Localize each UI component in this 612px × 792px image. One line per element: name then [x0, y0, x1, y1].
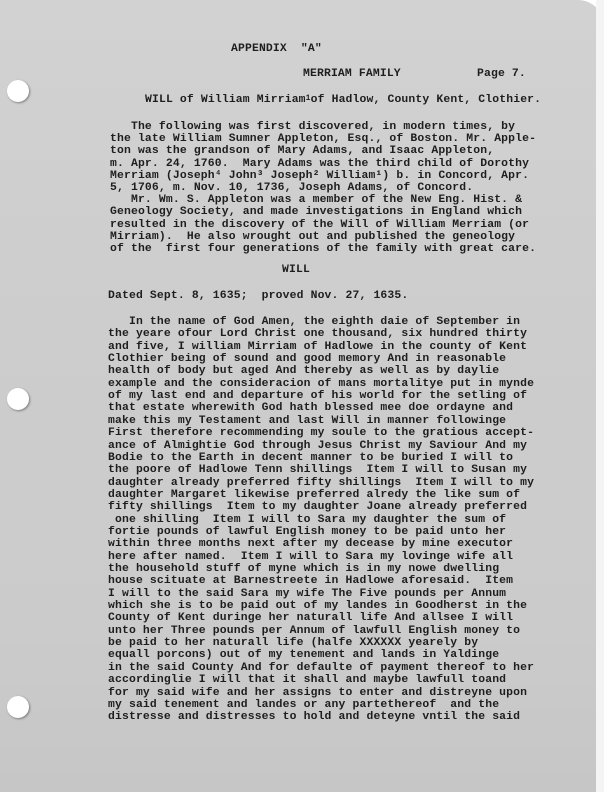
text-line: here after named. Item I will to Sara my…	[108, 551, 513, 563]
text-line: for my said wife and her assigns to ente…	[108, 687, 527, 699]
text-line: of the first four generations of the fam…	[110, 243, 536, 255]
typewritten-text: APPENDIX "A" MERRIAM FAMILY Page 7. WILL…	[0, 0, 28, 192]
binder-hole-middle	[7, 388, 29, 410]
will-heading: WILL	[282, 264, 310, 276]
text-line: the late William Sumner Appleton, Esq., …	[110, 133, 536, 145]
text-line: of my last end and departure of his worl…	[108, 390, 527, 402]
text-line: the poore of Hadlowe Tenn shillings Item…	[108, 464, 527, 476]
text-line: unto her Three pounds per Annum of lawfu…	[108, 625, 520, 637]
text-line: In the name of God Amen, the eighth daie…	[108, 316, 520, 328]
document-page: APPENDIX "A" MERRIAM FAMILY Page 7. WILL…	[0, 0, 604, 792]
appendix-heading: APPENDIX "A"	[231, 43, 322, 55]
text-line: health of body but aged And thereby as w…	[108, 365, 499, 377]
text-line: daughter already preferred fifty shillin…	[108, 477, 534, 489]
text-line: m. Apr. 24, 1760. Mary Adams was the thi…	[110, 158, 529, 170]
title-prefix: WILL of William Mirriam	[145, 94, 306, 106]
text-line: ton was the grandson of Mary Adams, and …	[110, 145, 494, 157]
text-line: example and the consideracion of mans mo…	[108, 378, 534, 390]
text-line: I will to the said Sara my wife The Five…	[108, 588, 506, 600]
dated-line: Dated Sept. 8, 1635; proved Nov. 27, 163…	[108, 290, 408, 302]
text-line: accordinglie I will that it shall and ma…	[108, 674, 506, 686]
binder-hole-bottom	[7, 696, 29, 718]
text-line: in the said County And for defaulte of p…	[108, 662, 534, 674]
text-line: my said tenement and landes or any parte…	[108, 699, 499, 711]
page-number: Page 7.	[477, 68, 526, 80]
text-line: Mr. Wm. S. Appleton was a member of the …	[110, 194, 522, 206]
title-suffix: of Hadlow, County Kent, Clothier.	[311, 94, 542, 106]
text-line: be paid to her naturall life (halfe XXXX…	[108, 637, 478, 649]
text-line: the yeare ofour Lord Christ one thousand…	[108, 328, 527, 340]
text-line: Clothier being of sound and good memory …	[108, 353, 506, 365]
page-edge	[596, 0, 604, 792]
text-line: that estate wherewith God hath blessed m…	[108, 402, 513, 414]
text-line: equall porcons) out of my tenement and l…	[108, 649, 499, 661]
text-line: make this my Testament and last Will in …	[108, 415, 506, 427]
text-line: Merriam (Joseph⁴ John³ Joseph² William¹)…	[110, 170, 529, 182]
text-line: fifty shillings Item to my daughter Joan…	[108, 501, 527, 513]
text-line: one shilling Item I will to Sara my daug…	[108, 514, 506, 526]
text-line: Bodie to the Earth in decent manner to b…	[108, 452, 513, 464]
text-line: ance of Almightie God through Jesus Chri…	[108, 440, 527, 452]
text-line: which she is to be paid out of my landes…	[108, 600, 527, 612]
text-line: the household stuff of myne which is in …	[108, 563, 499, 575]
text-line: Mirriam). He also wrought out and publis…	[110, 231, 515, 243]
family-heading: MERRIAM FAMILY	[303, 68, 401, 80]
text-line: distresse and distresses to hold and det…	[108, 711, 520, 723]
text-line: County of Kent duringe her naturall life…	[108, 612, 513, 624]
text-line: First therefore recommending my soule to…	[108, 427, 534, 439]
text-line: 5, 1706, m. Nov. 10, 1736, Joseph Adams,…	[110, 182, 473, 194]
text-line: within three months next after my deceas…	[108, 538, 513, 550]
text-line: and five, I william Mirriam of Hadlowe i…	[108, 341, 527, 353]
text-line: Geneology Society, and made investigatio…	[110, 206, 522, 218]
text-line: The following was first discovered, in m…	[110, 121, 515, 133]
text-line: fortie pounds of lawful English money to…	[108, 526, 506, 538]
footnote-marker: 1	[306, 94, 311, 103]
text-line: resulted in the discovery of the Will of…	[110, 219, 529, 231]
text-line: house scituate at Barnestreete in Hadlow…	[108, 575, 513, 587]
will-title: WILL of William Mirriam1of Hadlow, Count…	[145, 94, 541, 107]
text-line: daughter Margaret likewise preferred alr…	[108, 489, 520, 501]
